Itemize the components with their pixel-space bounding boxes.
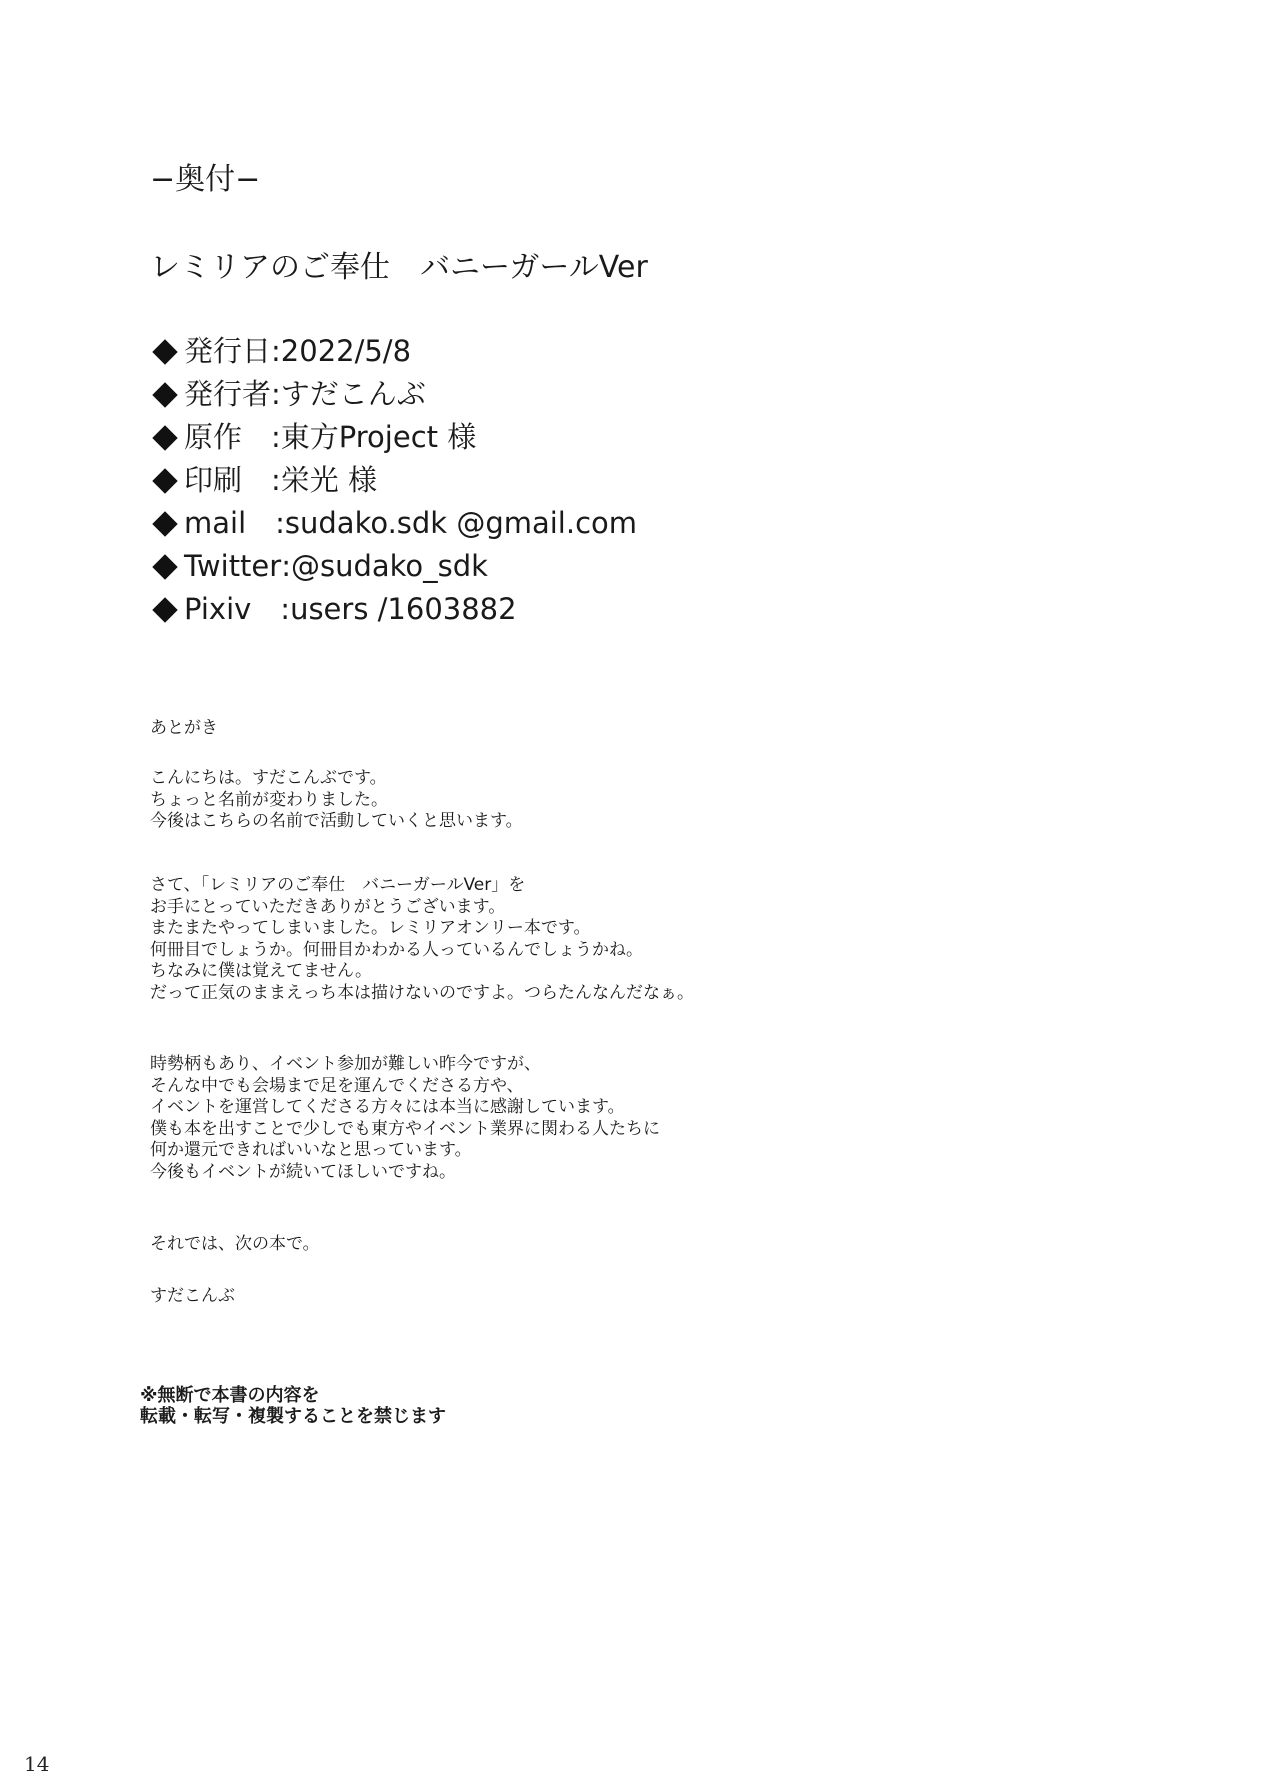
diamond-bullet-icon <box>152 597 177 622</box>
info-value: :東方Project 様 <box>271 416 476 459</box>
text-line: イベントを運営してくださる方々には本当に感謝しています。 <box>150 1097 660 1119</box>
afterword-paragraph-3: 時勢柄もあり、イベント参加が難しい昨今ですが、 そんな中でも会場まで足を運んでく… <box>150 1054 660 1183</box>
text-line: お手にとっていただきありがとうございます。 <box>150 897 694 919</box>
text-line: 何か還元できればいいなと思っています。 <box>150 1140 660 1162</box>
info-row-mail: mail :sudako.sdk @gmail.com <box>150 502 637 545</box>
page-number: 14 <box>24 1752 49 1776</box>
text-line: こんにちは。すだこんぶです。 <box>150 768 523 790</box>
info-label: 原作 <box>184 416 271 459</box>
afterword-paragraph-1: こんにちは。すだこんぶです。 ちょっと名前が変わりました。 今後はこちらの名前で… <box>150 768 523 833</box>
text-line: 僕も本を出すことで少しでも東方やイベント業界に関わる人たちに <box>150 1119 660 1141</box>
diamond-bullet-icon <box>152 511 177 536</box>
info-label: 発行日 <box>184 330 271 373</box>
diamond-bullet-icon <box>152 468 177 493</box>
text-line: 今後はこちらの名前で活動していくと思います。 <box>150 811 523 833</box>
text-line: 何冊目でしょうか。何冊目かわかる人っているんでしょうかね。 <box>150 940 694 962</box>
text-line: またまたやってしまいました。レミリアオンリー本です。 <box>150 918 694 940</box>
copyright-notice: ※無断で本書の内容を 転載・転写・複製することを禁じます <box>140 1385 446 1427</box>
info-row-publisher: 発行者 :すだこんぶ <box>150 373 637 416</box>
info-value: :users /1603882 <box>280 588 516 631</box>
info-row-original-work: 原作 :東方Project 様 <box>150 416 637 459</box>
notice-line: 転載・転写・複製することを禁じます <box>140 1406 446 1427</box>
diamond-bullet-icon <box>152 339 177 364</box>
info-label: Twitter <box>184 545 281 588</box>
text-line: さて、「レミリアのご奉仕 バニーガールVer」を <box>150 875 694 897</box>
info-row-printer: 印刷 :栄光 様 <box>150 459 637 502</box>
info-row-twitter: Twitter :@sudako_sdk <box>150 545 637 588</box>
text-line: そんな中でも会場まで足を運んでくださる方や、 <box>150 1076 660 1098</box>
info-value: :すだこんぶ <box>271 373 426 416</box>
diamond-bullet-icon <box>152 554 177 579</box>
text-line: 時勢柄もあり、イベント参加が難しい昨今ですが、 <box>150 1054 660 1076</box>
colophon-heading: −奥付− <box>150 160 260 200</box>
afterword-signature: すだこんぶ <box>150 1286 235 1308</box>
info-value: :2022/5/8 <box>271 330 411 373</box>
afterword-closing: それでは、次の本で。 <box>150 1234 320 1256</box>
info-label: 印刷 <box>184 459 271 502</box>
text-line: だって正気のままえっち本は描けないのですよ。つらたんなんだなぁ。 <box>150 983 694 1005</box>
info-value: :栄光 様 <box>271 459 377 502</box>
info-value: :@sudako_sdk <box>281 545 488 588</box>
text-line: ちなみに僕は覚えてません。 <box>150 961 694 983</box>
book-title: レミリアのご奉仕 バニーガールVer <box>150 248 648 288</box>
diamond-bullet-icon <box>152 382 177 407</box>
info-value: :sudako.sdk @gmail.com <box>275 502 637 545</box>
text-line: 今後もイベントが続いてほしいですね。 <box>150 1162 660 1184</box>
info-label: Pixiv <box>184 588 280 631</box>
info-row-publish-date: 発行日 :2022/5/8 <box>150 330 637 373</box>
info-label: 発行者 <box>184 373 271 416</box>
diamond-bullet-icon <box>152 425 177 450</box>
notice-line: ※無断で本書の内容を <box>140 1385 446 1406</box>
afterword-paragraph-2: さて、「レミリアのご奉仕 バニーガールVer」を お手にとっていただきありがとう… <box>150 875 694 1004</box>
afterword-heading: あとがき <box>150 718 218 740</box>
info-label: mail <box>184 502 275 545</box>
colophon-info-list: 発行日 :2022/5/8 発行者 :すだこんぶ 原作 :東方Project 様… <box>150 330 637 631</box>
text-line: ちょっと名前が変わりました。 <box>150 790 523 812</box>
info-row-pixiv: Pixiv :users /1603882 <box>150 588 637 631</box>
